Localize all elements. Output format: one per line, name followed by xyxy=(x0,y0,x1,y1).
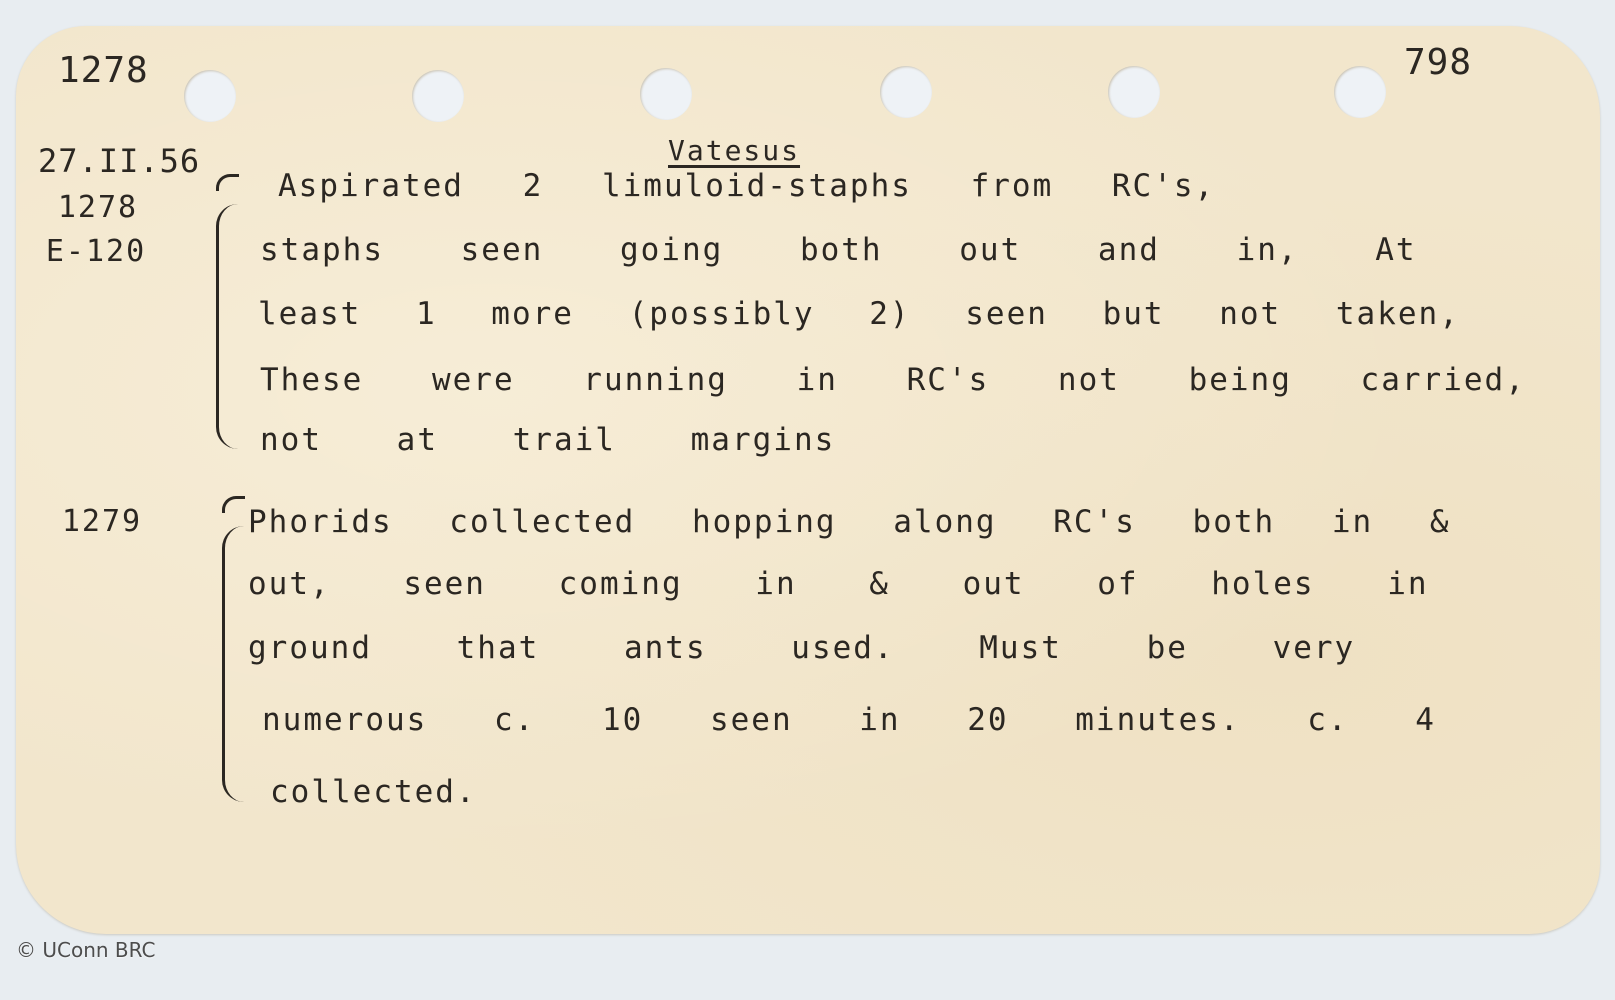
entry-1-line-1: Aspirated 2 limuloid-staphs from RC's, xyxy=(278,168,1215,204)
punch-hole-2 xyxy=(412,70,464,122)
punch-hole-1 xyxy=(184,70,236,122)
entry-1-line-4: These were running in RC's not being car… xyxy=(260,362,1526,398)
entry-2-brace xyxy=(222,526,245,802)
entry-2-line-2: out, seen coming in & out of holes in xyxy=(248,566,1429,602)
top-left-number: 1278 xyxy=(58,50,149,91)
top-right-number: 798 xyxy=(1404,42,1472,83)
index-card: 1278 798 27.II.56 1278 E-120 Vatesus Asp… xyxy=(16,26,1600,934)
genus-annotation: Vatesus xyxy=(668,134,800,167)
entry-1-line-5: not at trail margins xyxy=(260,422,835,458)
entry-1-collection-code: E-120 xyxy=(16,234,176,269)
punch-hole-5 xyxy=(1108,66,1160,118)
punch-hole-6 xyxy=(1334,66,1386,118)
entry-2-line-5: collected. xyxy=(270,774,477,810)
entry-2-brace-top xyxy=(222,496,245,513)
copyright-notice: © UConn BRC xyxy=(16,938,156,962)
entry-2-line-3: ground that ants used. Must be very xyxy=(248,630,1355,666)
punch-hole-3 xyxy=(640,68,692,120)
entry-1-specimen-number: 1278 xyxy=(18,190,178,225)
entry-date: 27.II.56 xyxy=(38,142,200,180)
entry-2-specimen-number: 1279 xyxy=(42,504,162,539)
entry-1-brace xyxy=(216,204,239,449)
entry-1-brace-top xyxy=(216,174,239,191)
entry-1-line-2: staphs seen going both out and in, At xyxy=(260,232,1417,268)
punch-hole-4 xyxy=(880,66,932,118)
entry-2-line-4: numerous c. 10 seen in 20 minutes. c. 4 xyxy=(262,702,1436,738)
entry-1-line-3: least 1 more (possibly 2) seen but not t… xyxy=(258,296,1460,332)
entry-2-line-1: Phorids collected hopping along RC's bot… xyxy=(248,504,1451,540)
